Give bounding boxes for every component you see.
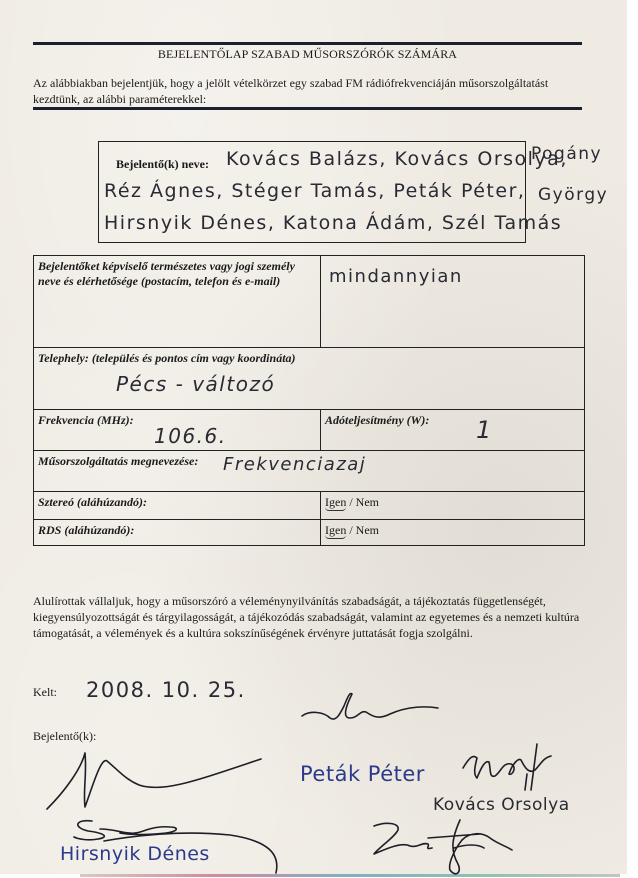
stereo-option-no[interactable]: Nem	[356, 495, 379, 509]
representative-label: Bejelentőket képviselő természetes vagy …	[38, 259, 295, 288]
applicant-names-line-2: Réz Ágnes, Stéger Tamás, Peták Péter,	[104, 180, 525, 202]
printed-signature-name-2: Hirsnyik Dénes	[60, 843, 210, 865]
rds-label: RDS (aláhúzandó):	[38, 523, 134, 537]
header-rule-top	[33, 42, 582, 45]
rds-options-cell: Igen / Nem	[321, 520, 585, 546]
representative-label-cell: Bejelentőket képviselő természetes vagy …	[34, 256, 321, 348]
applicant-names-line-1: Kovács Balázs, Kovács Orsolya,	[226, 148, 568, 170]
rds-option-separator: /	[346, 523, 355, 537]
stereo-option-separator: /	[346, 495, 355, 509]
intro-text: Az alábbiakban bejelentjük, hogy a jelöl…	[33, 75, 593, 107]
rds-option-yes[interactable]: Igen	[325, 523, 346, 539]
stereo-options-cell: Igen / Nem	[321, 492, 585, 520]
applicant-names-label: Bejelentő(k) neve:	[116, 157, 209, 172]
power-value: 1	[476, 416, 493, 444]
signature-1	[300, 688, 440, 728]
rds-label-cell: RDS (aláhúzandó):	[34, 520, 321, 546]
program-name-cell[interactable]: Műsorszolgáltatás megnevezése: Frekvenci…	[34, 451, 585, 492]
signature-2	[45, 745, 265, 815]
header-rule-bottom	[33, 107, 582, 110]
rds-option-no[interactable]: Nem	[356, 523, 379, 537]
margin-note-line-1: Pogány	[531, 144, 602, 164]
registration-form-table: Bejelentőket képviselő természetes vagy …	[33, 255, 585, 546]
stereo-label-cell: Sztereó (aláhúzandó):	[34, 492, 321, 520]
program-name-value: Frekvenciazaj	[223, 454, 366, 475]
power-label: Adóteljesítmény (W):	[325, 413, 429, 427]
site-label: Telephely: (település és pontos cím vagy…	[38, 351, 296, 365]
margin-note-line-2: György	[538, 185, 608, 205]
program-name-label: Műsorszolgáltatás megnevezése:	[38, 454, 198, 468]
signature-5	[420, 810, 520, 878]
row-frequency-power: Frekvencia (MHz): 106.6. Adóteljesítmény…	[34, 410, 585, 451]
row-program-name: Műsorszolgáltatás megnevezése: Frekvenci…	[34, 451, 585, 492]
row-representative: Bejelentőket képviselő természetes vagy …	[34, 256, 585, 348]
signatures-label: Bejelentő(k):	[33, 729, 96, 744]
power-cell[interactable]: Adóteljesítmény (W): 1	[321, 410, 585, 451]
site-value: Pécs - változó	[116, 372, 275, 396]
printed-signature-name-3: Kovács Orsolya	[433, 795, 570, 815]
date-value[interactable]: 2008. 10. 25.	[86, 678, 246, 702]
site-cell[interactable]: Telephely: (település és pontos cím vagy…	[34, 348, 585, 410]
frequency-value: 106.6.	[154, 424, 227, 448]
stereo-option-yes[interactable]: Igen	[325, 495, 346, 511]
frequency-label: Frekvencia (MHz):	[38, 413, 134, 427]
signature-6	[455, 740, 565, 795]
pledge-text: Alulírottak vállaljuk, hogy a műsorszóró…	[33, 593, 613, 641]
row-site: Telephely: (település és pontos cím vagy…	[34, 348, 585, 410]
representative-value-cell[interactable]: mindannyian	[321, 256, 585, 348]
representative-value: mindannyian	[329, 266, 463, 287]
frequency-cell[interactable]: Frekvencia (MHz): 106.6.	[34, 410, 321, 451]
stereo-label: Sztereó (aláhúzandó):	[38, 495, 147, 509]
row-rds: RDS (aláhúzandó): Igen / Nem	[34, 520, 585, 546]
applicant-names-line-3: Hirsnyik Dénes, Katona Ádám, Szél Tamás	[104, 212, 562, 234]
date-label: Kelt:	[33, 685, 57, 700]
row-stereo: Sztereó (aláhúzandó): Igen / Nem	[34, 492, 585, 520]
printed-signature-name-1: Peták Péter	[300, 762, 425, 786]
form-title: BEJELENTŐLAP SZABAD MŰSORSZÓRÓK SZÁMÁRA	[33, 47, 582, 62]
